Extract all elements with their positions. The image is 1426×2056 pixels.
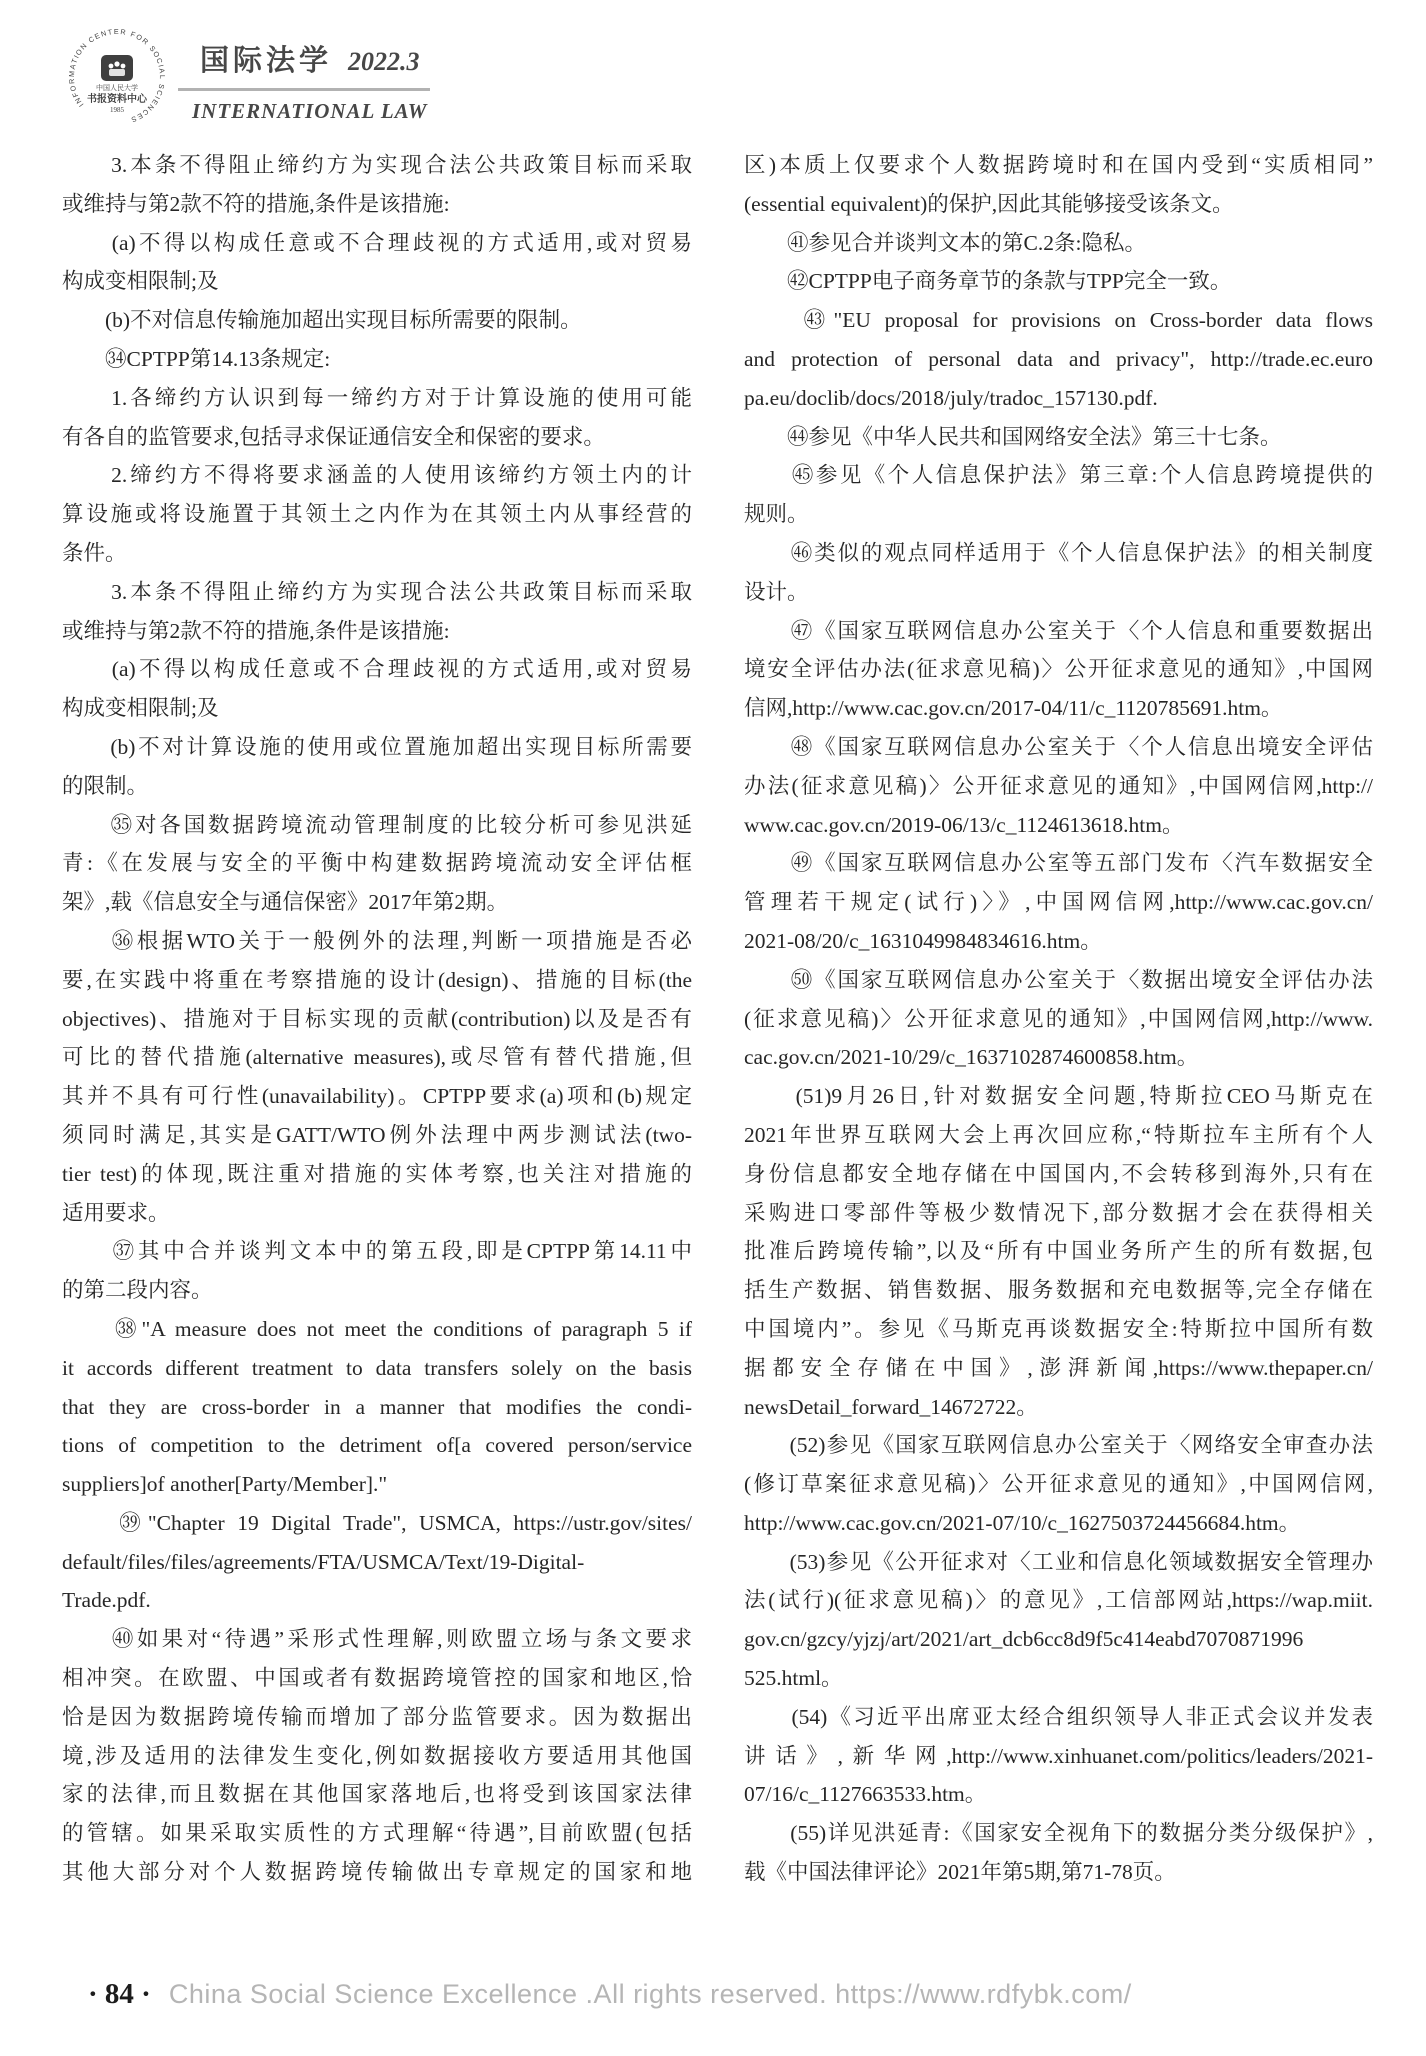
footnote-line: 设计。 — [744, 573, 1373, 612]
footnote-line: 适用要求。 — [62, 1194, 692, 1233]
footnote-line: 525.html。 — [744, 1659, 1373, 1698]
footnote-line: (53)参见《公开征求对〈工业和信息化领域数据安全管理办 — [744, 1543, 1373, 1582]
footnote-line: ㊳"A measure does not meet the conditions… — [62, 1310, 692, 1349]
footnote-line: 采购进口零部件等极少数情况下,部分数据才会在获得相关 — [744, 1194, 1373, 1233]
footnote-line: ㊼《国家互联网信息办公室关于〈个人信息和重要数据出 — [744, 612, 1373, 651]
footnote-line: ㊶参见合并谈判文本的第C.2条:隐私。 — [744, 224, 1373, 263]
footnote-line: it accords different treatment to data t… — [62, 1349, 692, 1388]
footnote-line: 要,在实践中将重在考察措施的设计(design)、措施的目标(the — [62, 961, 692, 1000]
copyright-watermark: China Social Science Excellence .All rig… — [169, 1979, 1132, 2009]
masthead: 国际法学2022.3 INTERNATIONAL LAW — [178, 38, 478, 124]
footnote-line: (征求意见稿)〉公开征求意见的通知》,中国网信网,http://www. — [744, 1000, 1373, 1039]
footnote-line: 家的法律,而且数据在其他国家落地后,也将受到该国家法律 — [62, 1775, 692, 1814]
footnote-line: ㊵如果对“待遇”采形式性理解,则欧盟立场与条文要求 — [62, 1620, 692, 1659]
footnote-line: 讲话》,新华网,http://www.xinhuanet.com/politic… — [744, 1737, 1373, 1776]
footnote-line: 办法(征求意见稿)〉公开征求意见的通知》,中国网信网,http:// — [744, 767, 1373, 806]
footnote-line: (a)不得以构成任意或不合理歧视的方式适用,或对贸易 — [62, 224, 692, 263]
footnote-line: 括生产数据、销售数据、服务数据和充电数据等,完全存储在 — [744, 1271, 1373, 1310]
footnote-line: objectives)、措施对于目标实现的贡献(contribution)以及是… — [62, 1000, 692, 1039]
footnote-line: 载《中国法律评论》2021年第5期,第71-78页。 — [744, 1853, 1373, 1892]
logo-cn-line2: 书报资料中心 — [87, 92, 148, 105]
journal-title-cn: 国际法学 — [200, 45, 332, 77]
footnote-line: ㊻类似的观点同样适用于《个人信息保护法》的相关制度 — [744, 534, 1373, 573]
footnote-line: and protection of personal data and priv… — [744, 340, 1373, 379]
footnote-line: 架》,载《信息安全与通信保密》2017年第2期。 — [62, 883, 692, 922]
footnote-line: www.cac.gov.cn/2019-06/13/c_1124613618.h… — [744, 806, 1373, 845]
footnote-line: ㊲其中合并谈判文本中的第五段,即是CPTPP第14.11中 — [62, 1232, 692, 1271]
footnote-line: (52)参见《国家互联网信息办公室关于〈网络安全审查办法 — [744, 1426, 1373, 1465]
footnote-line: (essential equivalent)的保护,因此其能够接受该条文。 — [744, 185, 1373, 224]
footnote-line: 法(试行)(征求意见稿)〉的意见》,工信部网站,https://wap.miit… — [744, 1581, 1373, 1620]
footnote-line: default/files/files/agreements/FTA/USMCA… — [62, 1543, 692, 1582]
footnote-line: http://www.cac.gov.cn/2021-07/10/c_16275… — [744, 1504, 1373, 1543]
footnote-line: 身份信息都安全地存储在中国国内,不会转移到海外,只有在 — [744, 1155, 1373, 1194]
footnote-line: ㊺参见《个人信息保护法》第三章:个人信息跨境提供的 — [744, 456, 1373, 495]
footnote-line: that they are cross-border in a manner t… — [62, 1388, 692, 1427]
footnote-line: (55)详见洪延青:《国家安全视角下的数据分类分级保护》, — [744, 1814, 1373, 1853]
logo-year: 1985 — [110, 106, 125, 114]
footnote-line: Trade.pdf. — [62, 1581, 692, 1620]
footnote-line: 07/16/c_1127663533.htm。 — [744, 1775, 1373, 1814]
header-rule — [178, 88, 430, 91]
footnote-line: 有各自的监管要求,包括寻求保证通信安全和保密的要求。 — [62, 418, 692, 457]
footnote-line: 区)本质上仅要求个人数据跨境时和在国内受到“实质相同” — [744, 146, 1373, 185]
footnote-line: 3.本条不得阻止缔约方为实现合法公共政策目标而采取 — [62, 146, 692, 185]
footnote-line: 或维持与第2款不符的措施,条件是该措施: — [62, 185, 692, 224]
footnote-line: ㉞CPTPP第14.13条规定: — [62, 340, 692, 379]
footnote-line: 算设施或将设施置于其领土之内作为在其领土内从事经营的 — [62, 495, 692, 534]
footnote-line: ㊴"Chapter 19 Digital Trade", USMCA, http… — [62, 1504, 692, 1543]
footnote-line: 1.各缔约方认识到每一缔约方对于计算设施的使用可能 — [62, 379, 692, 418]
journal-title-row: 国际法学2022.3 — [178, 38, 478, 79]
footnote-line: 相冲突。在欧盟、中国或者有数据跨境管控的国家和地区,恰 — [62, 1659, 692, 1698]
footnote-line: ㊾《国家互联网信息办公室等五部门发布〈汽车数据安全 — [744, 844, 1373, 883]
logo-emblem — [101, 55, 133, 81]
footnote-line: ㊿《国家互联网信息办公室关于〈数据出境安全评估办法 — [744, 961, 1373, 1000]
footnote-line: 的限制。 — [62, 767, 692, 806]
footnote-line: 2021-08/20/c_1631049984834616.htm。 — [744, 922, 1373, 961]
footnote-line: 的第二段内容。 — [62, 1271, 692, 1310]
footnote-line: pa.eu/doclib/docs/2018/july/tradoc_15713… — [744, 379, 1373, 418]
footnote-line: 3.本条不得阻止缔约方为实现合法公共政策目标而采取 — [62, 573, 692, 612]
footnote-line: ㊸"EU proposal for provisions on Cross-bo… — [744, 301, 1373, 340]
footnote-line: 须同时满足,其实是GATT/WTO例外法理中两步测试法(two- — [62, 1116, 692, 1155]
footnote-line: 青:《在发展与安全的平衡中构建数据跨境流动安全评估框 — [62, 844, 692, 883]
footnote-line: 其他大部分对个人数据跨境传输做出专章规定的国家和地 — [62, 1853, 692, 1892]
footnote-line: 2.缔约方不得将要求涵盖的人使用该缔约方领土内的计 — [62, 456, 692, 495]
footnote-line: cac.gov.cn/2021-10/29/c_1637102874600858… — [744, 1038, 1373, 1077]
footnote-line: 据都安全存储在中国》,澎湃新闻,https://www.thepaper.cn/ — [744, 1349, 1373, 1388]
footnote-line: 批准后跨境传输”,以及“所有中国业务所产生的所有数据,包 — [744, 1232, 1373, 1271]
footnote-line: 管理若干规定(试行)〉》,中国网信网,http://www.cac.gov.cn… — [744, 883, 1373, 922]
footnote-line: 可比的替代措施(alternative measures),或尽管有替代措施,但 — [62, 1038, 692, 1077]
footnote-line: 的管辖。如果采取实质性的方式理解“待遇”,目前欧盟(包括 — [62, 1814, 692, 1853]
footnote-line: 或维持与第2款不符的措施,条件是该措施: — [62, 612, 692, 651]
column-right: 区)本质上仅要求个人数据跨境时和在国内受到“实质相同”(essential eq… — [744, 146, 1373, 1892]
footnote-line: tions of competition to the detriment of… — [62, 1426, 692, 1465]
footnote-line: gov.cn/gzcy/yjzj/art/2021/art_dcb6cc8d9f… — [744, 1620, 1373, 1659]
journal-page: { "header": { "journal_cn": "国际法学", "iss… — [0, 0, 1426, 2056]
footnote-line: ㊹参见《中华人民共和国网络安全法》第三十七条。 — [744, 418, 1373, 457]
footnote-line: (51)9月26日,针对数据安全问题,特斯拉CEO马斯克在 — [744, 1077, 1373, 1116]
column-left: 3.本条不得阻止缔约方为实现合法公共政策目标而采取或维持与第2款不符的措施,条件… — [62, 146, 692, 1892]
footnote-line: ㉟对各国数据跨境流动管理制度的比较分析可参见洪延 — [62, 806, 692, 845]
journal-title-en: INTERNATIONAL LAW — [178, 99, 478, 124]
footnote-line: 构成变相限制;及 — [62, 689, 692, 728]
footnote-line: (b)不对信息传输施加超出实现目标所需要的限制。 — [62, 301, 692, 340]
footnote-line: (b)不对计算设施的使用或位置施加超出实现目标所需要 — [62, 728, 692, 767]
journal-issue: 2022.3 — [348, 47, 420, 76]
footnote-line: 境安全评估办法(征求意见稿)〉公开征求意见的通知》,中国网 — [744, 650, 1373, 689]
journal-logo: INFORMATION CENTER FOR SOCIAL SCIENCES 中… — [64, 28, 170, 126]
footnote-line: newsDetail_forward_14672722。 — [744, 1388, 1373, 1427]
footnote-line: 中国境内”。参见《马斯克再谈数据安全:特斯拉中国所有数 — [744, 1310, 1373, 1349]
footnote-line: 其并不具有可行性(unavailability)。CPTPP要求(a)项和(b)… — [62, 1077, 692, 1116]
footnote-line: ㊽《国家互联网信息办公室关于〈个人信息出境安全评估 — [744, 728, 1373, 767]
footnote-line: (a)不得以构成任意或不合理歧视的方式适用,或对贸易 — [62, 650, 692, 689]
footnote-line: (54)《习近平出席亚太经合组织领导人非正式会议并发表 — [744, 1698, 1373, 1737]
page-footer: · 84 ·China Social Science Excellence .A… — [88, 1978, 1132, 2011]
footnote-line: tier test)的体现,既注重对措施的实体考察,也关注对措施的 — [62, 1155, 692, 1194]
footnote-line: ㊷CPTPP电子商务章节的条款与TPP完全一致。 — [744, 262, 1373, 301]
footnote-line: 条件。 — [62, 534, 692, 573]
footnote-line: (修订草案征求意见稿)〉公开征求意见的通知》,中国网信网, — [744, 1465, 1373, 1504]
footnote-line: 构成变相限制;及 — [62, 262, 692, 301]
logo-cn-line1: 中国人民大学 — [96, 83, 138, 92]
page-number: · 84 · — [88, 1978, 151, 2010]
footnote-line: 信网,http://www.cac.gov.cn/2017-04/11/c_11… — [744, 689, 1373, 728]
footnote-line: 境,涉及适用的法律发生变化,例如数据接收方要适用其他国 — [62, 1737, 692, 1776]
footnote-line: 规则。 — [744, 495, 1373, 534]
footnote-line: ㊱根据WTO关于一般例外的法理,判断一项措施是否必 — [62, 922, 692, 961]
footnote-line: 2021年世界互联网大会上再次回应称,“特斯拉车主所有个人 — [744, 1116, 1373, 1155]
footnote-line: 恰是因为数据跨境传输而增加了部分监管要求。因为数据出 — [62, 1698, 692, 1737]
footnote-line: suppliers]of another[Party/Member]." — [62, 1465, 692, 1504]
